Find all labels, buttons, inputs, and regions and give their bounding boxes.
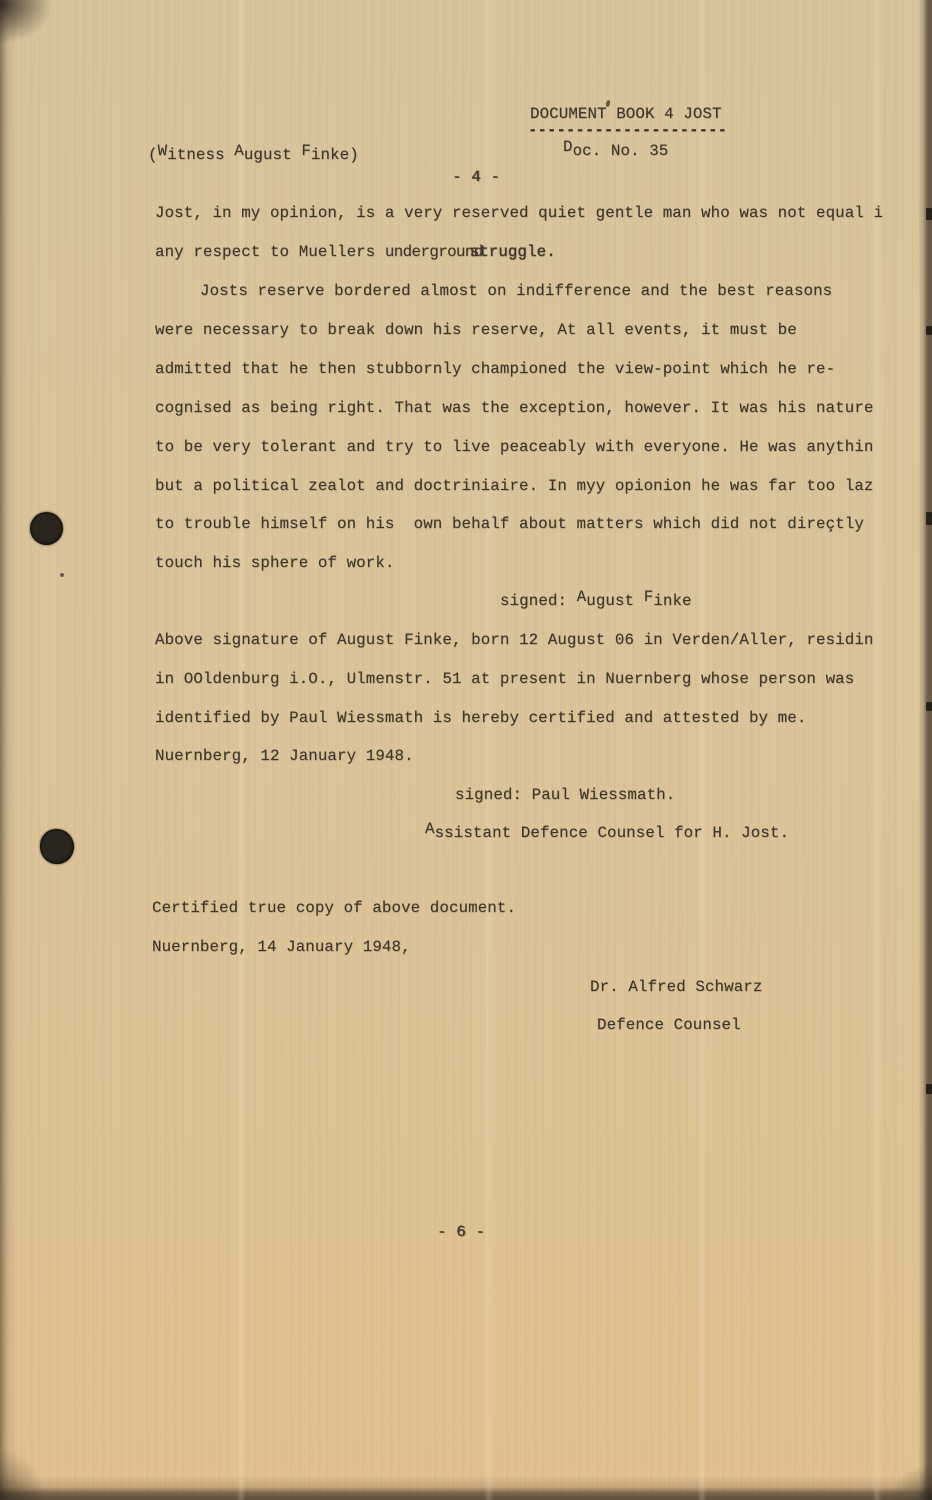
paper-crease: [484, 0, 494, 1500]
text-segment: D: [563, 138, 573, 156]
text-line: in OOldenburg i.O., Ulmenstr. 51 at pres…: [155, 669, 854, 689]
text-segment: F: [644, 588, 654, 606]
text-segment: any respect to Muellers: [155, 243, 385, 261]
text-segment: struggle.: [470, 243, 556, 261]
text-segment: itness: [167, 146, 234, 164]
page-edge-mark: [926, 512, 932, 525]
text-segment: F: [301, 142, 311, 160]
text-line: cognised as being right. That was the ex…: [155, 398, 873, 418]
text-line: admitted that he then stubbornly champio…: [155, 359, 835, 379]
page-edge-mark: [926, 326, 932, 335]
signature-line-wiessmath: signed: Paul Wiessmath.: [455, 785, 675, 805]
text-segment: underground: [385, 243, 483, 261]
text-line: Above signature of August Finke, born 12…: [155, 630, 873, 650]
text-line: Assistant Defence Counsel for H. Jost.: [425, 823, 789, 843]
text-segment: (: [148, 146, 158, 164]
text-segment: inke: [653, 592, 691, 610]
text-line: to trouble himself on his own behalf abo…: [155, 514, 864, 534]
text-line: to be very tolerant and try to live peac…: [155, 437, 873, 457]
text-line: Nuernberg, 14 January 1948,: [152, 937, 411, 957]
signature-line-schwarz: Dr. Alfred Schwarz: [590, 977, 762, 997]
text-line: Nuernberg, 12 January 1948.: [155, 746, 414, 766]
text-line: any respect to Muellers undergroundstrug…: [155, 242, 556, 262]
text-line: Defence Counsel: [597, 1015, 741, 1035]
text-line: touch his sphere of work.: [155, 553, 395, 573]
page-number-top: - 4 -: [452, 167, 500, 187]
text-segment: ugust: [586, 592, 643, 610]
footer-page-number: - 6 -: [437, 1222, 485, 1242]
signature-line-finke: signed: August Finke: [500, 591, 692, 611]
text-segment: signed:: [500, 592, 577, 610]
page-edge-mark: [926, 1084, 932, 1094]
text-segment: A: [234, 142, 244, 160]
text-line: identified by Paul Wiessmath is hereby c…: [155, 708, 806, 728]
text-segment: inke): [311, 146, 359, 164]
paper-crease: [697, 0, 707, 1500]
text-segment: ugust: [244, 146, 301, 164]
text-segment: ssistant Defence Counsel for H. Jost.: [435, 824, 789, 842]
text-line: Certified true copy of above document.: [152, 898, 516, 918]
page-edge-mark: [926, 702, 932, 711]
text-line: but a political zealot and doctriniaire.…: [155, 476, 873, 496]
witness-line: (Witness August Finke): [148, 145, 359, 165]
text-segment: W: [158, 142, 168, 160]
text-line: Jost, in my opinion, is a very reserved …: [155, 203, 883, 223]
text-segment: A: [425, 820, 435, 838]
page-edge-mark: [926, 208, 932, 220]
text-line: Josts reserve bordered almost on indiffe…: [200, 281, 832, 301]
text-segment: A: [577, 588, 587, 606]
text-segment: oc. No. 35: [573, 142, 669, 160]
doc-number: Doc. No. 35: [563, 141, 668, 161]
scanned-document-page: { "colors": { "paper": "#d7c39b", "paper…: [0, 0, 932, 1500]
title-underline: ---------------------: [528, 120, 727, 140]
punch-hole-bottom: [40, 829, 74, 864]
text-line: were necessary to break down his reserve…: [155, 320, 797, 340]
punch-hole-top: [30, 512, 63, 545]
paper-crease: [872, 0, 882, 1500]
ink-speck: [60, 573, 64, 577]
